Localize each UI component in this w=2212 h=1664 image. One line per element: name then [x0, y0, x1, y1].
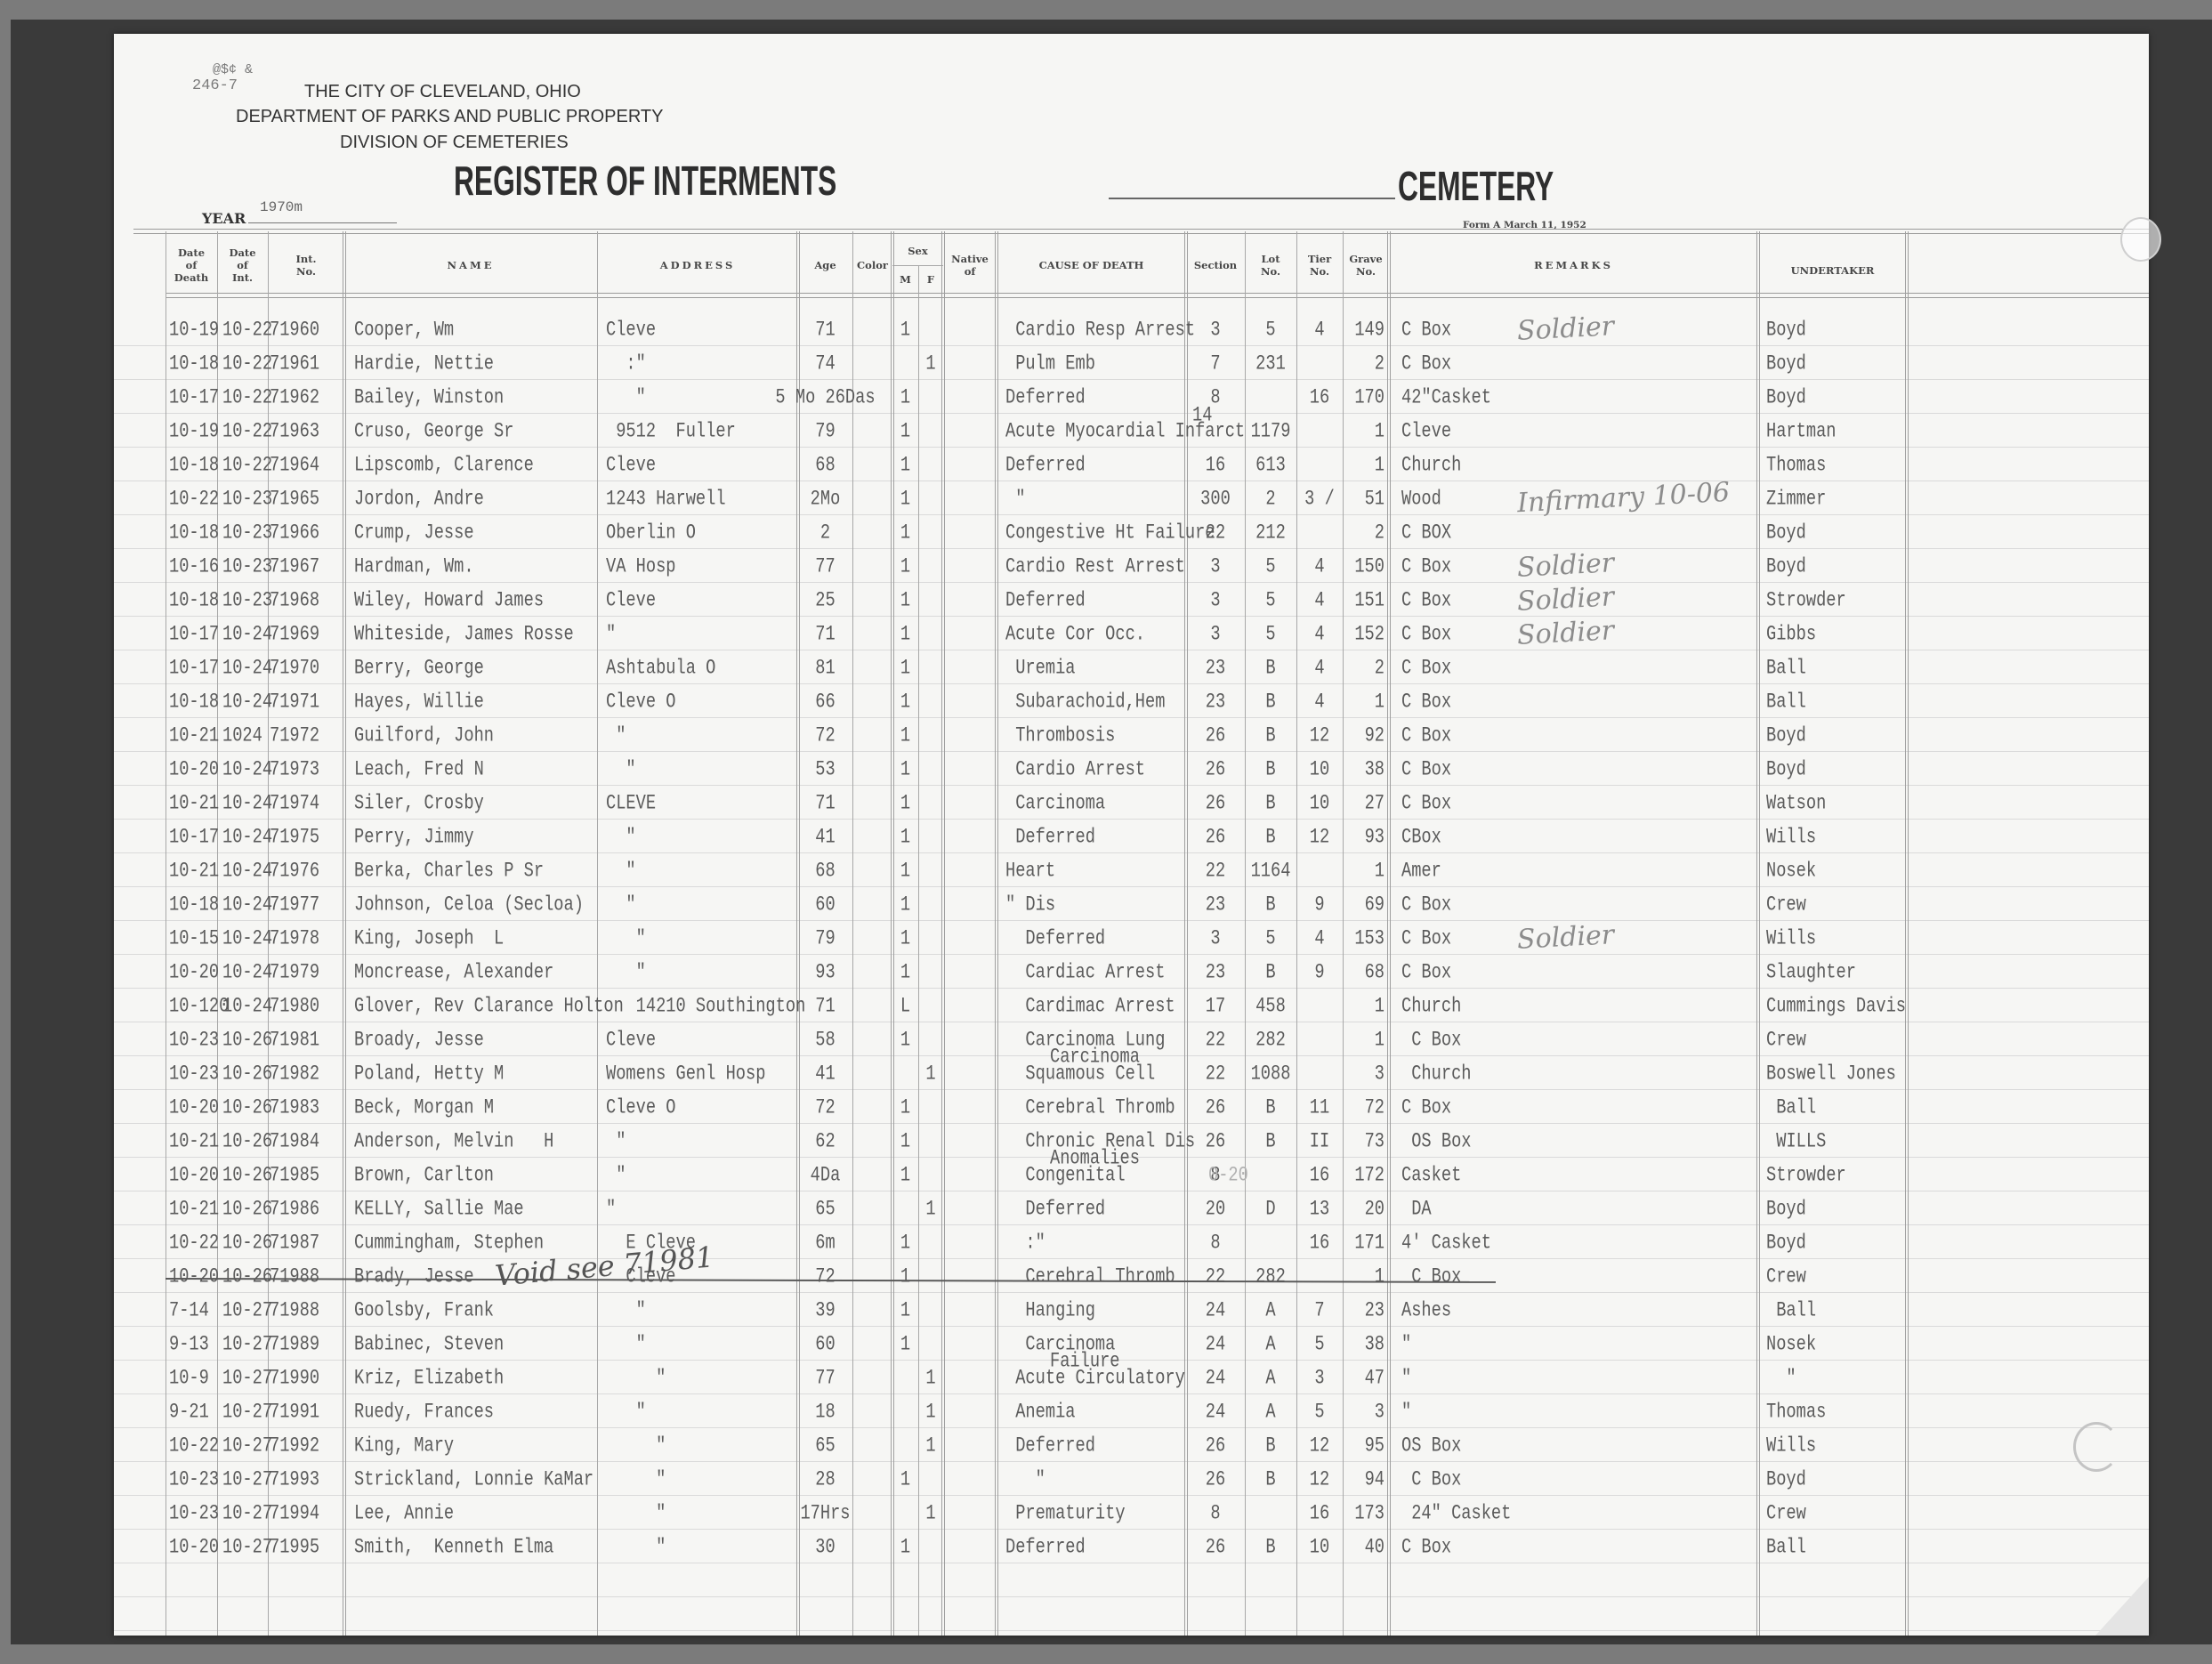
department-heading: DEPARTMENT OF PARKS AND PUBLIC PROPERTY [236, 107, 663, 127]
register-row: 10-19 10-22 71963 Cruso, George Sr 9512 … [0, 414, 2212, 448]
col-tier-no: Tier No. [1296, 237, 1343, 294]
handwritten-remark [1516, 1090, 1518, 1124]
register-row: 10-16 10-23 71967 Hardman, Wm. VA Hosp 7… [0, 549, 2212, 583]
handwritten-remark [1516, 1428, 1518, 1462]
register-row: 10-21 10-26 71986 KELLY, Sallie Mae " 65… [0, 1191, 2212, 1225]
col-grave-no: Grave No. [1343, 237, 1389, 294]
register-row: 10-9 10-27 71990 Kriz, Elizabeth " 77 1 … [0, 1361, 2212, 1394]
handwritten-remark: Soldier [1516, 546, 1615, 586]
binder-hole-icon [2073, 1422, 2119, 1472]
handwritten-remark: Infirmary 10-06 [1516, 476, 1731, 521]
handwritten-remark [1516, 955, 1518, 989]
register-row: 10-20 10-26 71985 Brown, Carlton " 4Da 1… [0, 1158, 2212, 1191]
handwritten-remark: Soldier [1516, 580, 1615, 619]
handwritten-remark [1516, 1496, 1518, 1530]
handwritten-remark [1516, 853, 1518, 887]
col-color: Color [852, 237, 892, 294]
col-date-of-int: Date of Int. [217, 237, 268, 294]
handwritten-remark [1516, 414, 1518, 448]
handwritten-remark [1516, 1361, 1518, 1394]
handwritten-remark [1516, 1124, 1518, 1158]
date-of-death: 10-20 [169, 1525, 219, 1568]
register-row: 10-18 10-22 71961 Hardie, Nettie :" 74 1… [0, 346, 2212, 380]
register-row: 10-17 10-24 71975 Perry, Jimmy " 41 1 De… [0, 820, 2212, 853]
handwritten-remark: Soldier [1516, 310, 1615, 349]
register-row: 10-22 10-27 71992 King, Mary " 65 1 Defe… [0, 1428, 2212, 1462]
register-row: 10-21 10-24 71974 Siler, Crosby CLEVE 71… [0, 786, 2212, 820]
handwritten-remark [1516, 1327, 1518, 1361]
handwritten-remark [1516, 1462, 1518, 1496]
handwritten-remark [1516, 515, 1518, 549]
handwritten-remark [1516, 650, 1518, 684]
handwritten-remark [1516, 346, 1518, 380]
handwritten-remark [1516, 1259, 1518, 1293]
grave-number: 40 [1343, 1525, 1385, 1568]
year-value: 1970m [260, 199, 303, 215]
col-remarks: REMARKS [1389, 237, 1758, 294]
section: 26 [1186, 1525, 1245, 1568]
handwritten-remark [1516, 1158, 1518, 1191]
division-heading: DIVISION OF CEMETERIES [340, 133, 569, 153]
cemetery-name-line [1109, 198, 1395, 199]
handwritten-remark: Soldier [1516, 614, 1615, 653]
col-date-of-death: Date of Death [165, 237, 217, 294]
register-row: 10-19 10-22 71960 Cooper, Wm Cleve 71 1 … [0, 312, 2212, 346]
year-line [248, 222, 397, 223]
register-row: 10-18 10-22 71964 Lipscomb, Clarence Cle… [0, 448, 2212, 481]
handwritten-remark [1516, 684, 1518, 718]
col-int-no: Int. No. [268, 237, 344, 294]
register-row: 10-21 10-24 71976 Berka, Charles P Sr " … [0, 853, 2212, 887]
handwritten-remark [1516, 989, 1518, 1022]
col-sex-m: M [892, 265, 918, 294]
cemetery-label: CEMETERY [1398, 166, 1554, 206]
undertaker: Ball [1766, 1525, 1806, 1568]
register-row: 10-18 10-24 71977 Johnson, Celoa (Secloa… [0, 887, 2212, 921]
remarks-container: C Box [1401, 1525, 1451, 1568]
handwritten-remark [1516, 887, 1518, 921]
register-row: 10-17 10-24 71969 Whiteside, James Rosse… [0, 617, 2212, 650]
register-row: 10-20 10-24 71973 Leach, Fred N " 53 1 C… [0, 752, 2212, 786]
city-heading: THE CITY OF CLEVELAND, OHIO [304, 82, 581, 102]
col-section: Section [1186, 237, 1245, 294]
cause-of-death: Deferred [1005, 1525, 1086, 1568]
handwritten-remark [1516, 1191, 1518, 1225]
lot-number: B [1245, 1525, 1296, 1568]
folded-corner [2095, 1577, 2149, 1636]
handwritten-remark [1516, 1394, 1518, 1428]
address: " [606, 1525, 666, 1568]
handwritten-remark [1516, 1293, 1518, 1327]
deceased-name: Smith, Kenneth Elma [354, 1525, 553, 1568]
date-of-interment: 10-27 [222, 1525, 272, 1568]
handwritten-remark [1516, 786, 1518, 820]
handwritten-remark [1516, 718, 1518, 752]
age: 30 [798, 1525, 852, 1568]
register-row: 10-23 10-27 71994 Lee, Annie " 17Hrs 1 P… [0, 1496, 2212, 1530]
tier-number: 10 [1296, 1525, 1343, 1568]
col-native-of: Native of [943, 237, 997, 294]
col-sex-f: F [918, 265, 943, 294]
handwritten-remark [1516, 1225, 1518, 1259]
register-row: 9-21 10-27 71991 Ruedy, Frances " 18 1 A… [0, 1394, 2212, 1428]
corner-code-top: @$¢ & [213, 62, 253, 77]
col-name: NAME [344, 237, 597, 294]
handwritten-remark [1516, 752, 1518, 786]
interment-number: 71995 [270, 1525, 319, 1568]
handwritten-remark: Soldier [1516, 918, 1615, 957]
handwritten-remark [1516, 1022, 1518, 1056]
register-row: 10-20 10-27 71995 Smith, Kenneth Elma " … [0, 1530, 2212, 1563]
handwritten-remark [1516, 1530, 1518, 1563]
col-sex: Sex [892, 237, 943, 265]
handwritten-remark [1516, 1056, 1518, 1090]
year-label: YEAR [202, 210, 246, 227]
handwritten-remark [1516, 380, 1518, 414]
col-address: ADDRESS [597, 237, 798, 294]
col-cause-of-death: CAUSE OF DEATH [997, 237, 1186, 294]
col-lot-no: Lot No. [1245, 237, 1296, 294]
handwritten-remark [1516, 448, 1518, 481]
table-top-rule [133, 229, 2149, 234]
corner-code: 246-7 [192, 77, 238, 94]
col-age: Age [798, 237, 852, 294]
col-undertaker: UNDERTAKER [1758, 242, 1907, 299]
sex-male-mark: 1 [892, 1525, 918, 1568]
register-rows: 10-19 10-22 71960 Cooper, Wm Cleve 71 1 … [0, 312, 2212, 1563]
sex-female-mark [918, 1525, 943, 1568]
handwritten-remark [1516, 820, 1518, 853]
binder-clip-ring-icon [2120, 217, 2161, 262]
register-row: 10-20 10-26 71988 Brady, Jesse Cleve 72 … [0, 1259, 2212, 1293]
page-title: REGISTER OF INTERMENTS [454, 160, 836, 201]
